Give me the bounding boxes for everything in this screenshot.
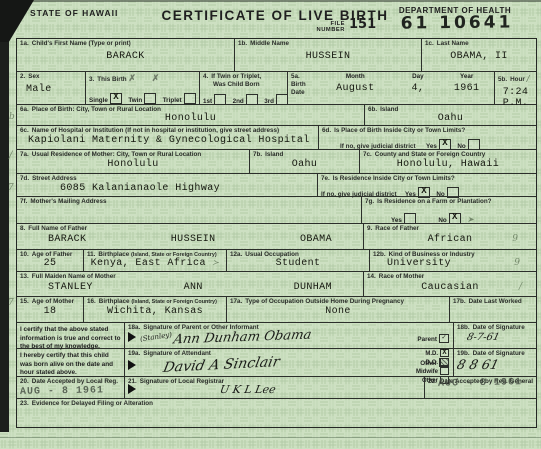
field-label: Race of Father [375,225,419,232]
county-state-value: Honolulu, Hawaii [363,159,533,170]
field-first-name: 1a.Child's First Name (Type or print) BA… [17,39,234,71]
row-evidence: 23.Evidence for Delayed Filing or Altera… [17,399,536,427]
pencil-check-mark: ➤ [467,215,474,224]
signature-arrow-icon [128,384,136,394]
field-label: Date Last Worked [469,298,522,305]
field-number: 1b. [238,40,247,47]
field-hospital: 6c.Name of Hospital or Institution (If n… [17,126,318,149]
row-registrar: 20.Date Accepted by Local Reg. AUG - 8 1… [17,377,536,399]
field-number: 12a. [230,251,242,258]
row-mother-details: 15.Age of Mother 18 16.Birthplace (Islan… [17,297,536,323]
field-number: 18a. [128,324,140,331]
field-number: 23. [20,400,29,407]
pencil-x-mark: ✗ [152,73,160,83]
field-label: Signature of Local Registrar [140,378,224,385]
field-number: 7d. [20,175,29,182]
mother-age-value: 18 [20,306,80,317]
row-hospital: 6c.Name of Hospital or Institution (If n… [17,126,536,150]
father-last-name: OBAMA [300,234,332,245]
pencil-mark: ≻ [212,258,219,267]
field-label: Is Place of Birth Inside City or Town Li… [334,127,465,134]
field-number: 18b. [457,324,470,331]
father-occupation-value: Student [230,258,366,269]
signature-prefix: (Stanley) [140,331,173,343]
row-street-address: 7d.Street Address 6085 Kalanianaole High… [17,174,536,197]
field-residence-city: 7a.Usual Residence of Mother: City, Town… [17,150,249,173]
field-father-race: 9.Race of Father African 9 [363,224,536,249]
day-header: Day [394,73,443,80]
field-label: Middle Name [250,40,289,47]
field-number: 7e. [321,175,330,182]
no-label: No [457,143,465,150]
do-checkbox[interactable] [440,358,449,366]
field-label: Signature of Attendant [143,350,211,357]
row-father-details: 10.Age of Father 25 11.Birthplace (Islan… [17,250,536,272]
field-number: 7g. [365,198,374,205]
field-father-occupation: 12a.Usual Occupation Student [226,250,369,271]
field-registrar-signature: 21.Signature of Local Registrar U K L Le… [124,377,424,398]
row-child-name: 1a.Child's First Name (Type or print) BA… [17,39,536,72]
pencil-x-mark: ✗ [128,73,136,83]
single-checkbox[interactable]: X [110,93,122,104]
field-label: Date Accepted by Local Reg. [32,378,118,385]
birth-certificate-page: b / 7 7 STATE OF HAWAII CERTIFICATE OF L… [0,0,541,449]
field-label: Is Residence on a Farm or Plantation? [377,198,491,205]
registrar-signature[interactable]: U K L Lee [219,383,277,396]
yes-checkbox[interactable]: X [439,139,451,150]
field-number: 8. [20,225,25,232]
row-mother-residence: 7a.Usual Residence of Mother: City, Town… [17,150,536,174]
no-checkbox[interactable] [468,139,480,150]
field-middle-name: 1b.Middle Name HUSSEIN [234,39,421,71]
field-number: 7c. [363,151,372,158]
field-label: Date of Signature [473,324,525,331]
certification-statement-1: I certify that the above stated informat… [17,323,124,348]
checkbox-mark: ✓ [440,333,448,344]
birth-day-value: 4, [394,83,443,94]
field-label: Full Maiden Name of Mother [32,273,116,280]
field-mailing-address: 7f.Mother's Mailing Address [17,197,361,223]
residence-island-value: Oahu [253,159,356,170]
photostat-bottom-edge [0,437,541,438]
row-place-of-birth: 6a.Place of Birth: City, Town or Rural L… [17,105,536,126]
field-father-age: 10.Age of Father 25 [17,250,83,271]
margin-mark: 7 [8,298,14,308]
mother-birthplace-value: Wichita, Kansas [87,306,223,317]
field-label: If Twin or Triplet, [211,73,261,80]
md-label: M.D. [425,351,438,357]
state-of-hawaii-label: STATE OF HAWAII [30,8,118,18]
certification-text: I certify that the above stated informat… [20,324,121,352]
birth-month-value: August [317,83,394,94]
sex-value: Male [20,84,82,95]
field-number: 6d. [322,127,331,134]
row-mailing-address: 7f.Mother's Mailing Address 7g.Is Reside… [17,197,536,224]
field-number: 5b. [498,76,507,83]
field-attendant-signature-date: 19b.Date of Signature 8 8 61 [453,349,536,376]
field-number: 15. [20,298,29,305]
photostat-left-edge [0,0,9,432]
triplet-checkbox[interactable] [184,93,196,104]
triplet-label: Triplet [163,97,182,104]
field-label: This Birth [97,76,126,83]
field-place-of-birth: 6a.Place of Birth: City, Town or Rural L… [17,105,364,125]
field-number: 5a. [291,73,300,80]
field-number: 19a. [128,350,140,357]
field-number: 14. [367,273,376,280]
field-number: 7a. [20,151,29,158]
field-number: 17b. [453,298,466,305]
birth-year-value: 1961 [442,83,491,94]
field-label: Full Name of Father [28,225,87,232]
field-number: 7b. [253,151,262,158]
field-this-birth: 3.This Birth ✗ ✗ SingleX Twin Triplet [85,72,199,104]
field-number: 17a. [230,298,242,305]
field-number: 9. [367,225,372,232]
field-label: Usual Residence of Mother: City, Town or… [32,151,201,158]
margin-mark: / [9,150,12,161]
midwife-checkbox[interactable] [440,367,449,375]
field-label: Date of Signature [473,350,525,357]
yes-label: Yes [391,217,402,224]
field-date-last-worked: 17b.Date Last Worked [449,297,536,322]
hospital-value: Kapiolani Maternity & Gynecological Hosp… [20,135,315,146]
field-sublabel: If no, give judicial district [322,143,416,150]
field-number: 13. [20,273,29,280]
field-label: Age of Father [32,251,73,258]
field-label: Age of Mother [32,298,74,305]
checkbox-mark: X [450,212,460,222]
single-label: Single [89,97,108,104]
second-checkbox[interactable] [246,94,258,105]
field-label: Mother's Mailing Address [30,198,106,205]
field-label: Name of Hospital or Institution (If not … [32,127,279,134]
pencil-mark: / [527,73,530,83]
field-parent-signature: 18a.Signature of Parent or Other Informa… [124,323,453,348]
field-last-name: 1c.Last Name OBAMA, II [421,39,536,71]
photostat-top-edge [0,0,541,2]
field-mother-age: 15.Age of Mother 18 [17,297,83,322]
father-race-value: African [367,234,533,245]
signature-arrow-icon [128,332,136,342]
field-number: 6b. [368,106,377,113]
checkbox-mark: X [440,138,450,148]
father-industry-value: University [373,258,533,269]
mother-race-value: Caucasian [367,282,533,293]
field-label: Birthplace [99,298,130,305]
parent-label: Parent [417,336,437,343]
year-header: Year [442,73,491,80]
field-label: Hour [510,76,525,83]
field-county-state: 7c.County and State or Foreign Country H… [359,150,536,173]
field-number: 16. [87,298,96,305]
father-first-name: BARACK [48,234,86,245]
field-number: 10. [20,251,29,258]
first-label: 1st [203,98,212,105]
checkbox-mark: X [441,349,448,357]
field-paren: (Island, State or Foreign Country) [131,299,217,305]
field-mother-race: 14.Race of Mother Caucasian / [363,272,536,296]
field-number: 1a. [20,40,29,47]
father-birthplace-value: Kenya, East Africa ≻ [87,258,223,269]
field-birth-date: 5a.BirthDate Month Day Year August 4, 19… [287,72,494,104]
margin-mark: b [9,112,15,122]
mother-first-name: STANLEY [48,282,93,293]
row-birth-details: 2.Sex Male 3.This Birth ✗ ✗ SingleX Twin… [17,72,536,105]
field-residence-island: 7b.Island Oahu [249,150,359,173]
field-label: Place of Birth: City, Town or Rural Loca… [32,106,161,113]
field-father-birthplace: 11.Birthplace (Island, State or Foreign … [83,250,226,271]
pencil-mark: 9 [514,258,520,268]
checkbox-mark: X [419,186,429,196]
field-label: Island [265,151,283,158]
certification-text: I hereby certify that this child was bor… [20,350,121,378]
mother-middle-name: ANN [184,282,203,293]
field-number: 6a. [20,106,29,113]
field-date-accepted-general: 22.Date Accepted by Reg. General AUG - 8… [424,377,536,398]
do-label: D.O. [426,360,438,366]
field-label: Street Address [32,175,77,182]
parent-checkbox[interactable]: ✓ [439,334,449,343]
first-checkbox[interactable] [214,94,226,105]
pencil-mark: 9 [512,234,518,244]
field-number: 7f. [20,198,27,205]
checkbox-mark: X [111,92,121,102]
yes-label: Yes [426,143,437,150]
midwife-label: Midwife [416,369,438,375]
field-label: Race of Mother [379,273,424,280]
first-name-value: BARACK [20,51,231,62]
field-mother-maiden-name: 13.Full Maiden Name of Mother STANLEY AN… [17,272,363,296]
field-number: 19b. [457,350,470,357]
file-number-value: 151 [349,17,376,32]
field-label: Was Child Born [213,81,260,88]
field-label: Type of Occupation Outside Home During P… [245,298,404,305]
field-farm-plantation: 7g.Is Residence on a Farm or Plantation?… [361,197,536,223]
row-mother-name: 13.Full Maiden Name of Mother STANLEY AN… [17,272,536,297]
md-checkbox[interactable]: X [440,349,449,357]
attendant-signature-date-value: 8 8 61 [455,358,535,373]
field-father-name: 8.Full Name of Father BARACK HUSSEIN OBA… [17,224,363,249]
middle-name-value: HUSSEIN [238,51,418,62]
field-father-industry: 12b.Kind of Business or Industry Univers… [369,250,536,271]
field-label: Child's First Name (Type or print) [32,40,131,47]
row-father-name: 8.Full Name of Father BARACK HUSSEIN OBA… [17,224,536,250]
residence-city-value: Honolulu [20,159,246,170]
field-number: 6c. [20,127,29,134]
birth-island-value: Oahu [368,113,533,124]
row-attendant-signature: I hereby certify that this child was bor… [17,349,536,377]
mother-occupation-value: None [230,306,446,317]
field-label: County and State or Foreign Country [375,151,486,158]
field-residence-city-limits: 7e.Is Residence Inside City or Town Limi… [317,174,536,196]
no-checkbox[interactable]: X [449,213,461,224]
field-label: Kind of Business or Industry [389,251,475,258]
pencil-mark: / [519,282,522,292]
field-number: 12b. [373,251,386,258]
field-sex: 2.Sex Male [17,72,85,104]
field-street-address: 7d.Street Address 6085 Kalanianaole High… [17,174,317,196]
field-birth-island: 6b.Island Oahu [364,105,536,125]
field-evidence-delayed-filing: 23.Evidence for Delayed Filing or Altera… [17,399,536,427]
third-label: 3rd [264,98,274,105]
certificate-form: 1a.Child's First Name (Type or print) BA… [16,38,537,428]
parent-signature-date-value: 8-7-61 [456,332,535,343]
twin-checkbox[interactable] [144,93,156,104]
margin-mark: 7 [8,183,14,193]
field-date-accepted-local: 20.Date Accepted by Local Reg. AUG - 8 1… [17,377,124,398]
field-label: Is Residence Inside City or Town Limits? [333,175,455,182]
field-label: Usual Occupation [245,251,299,258]
field-number: 2. [20,73,25,80]
street-address-value: 6085 Kalanianaole Highway [20,183,314,194]
field-label: Birth [291,81,306,88]
field-mother-occupation: 17a.Type of Occupation Outside Home Duri… [226,297,449,322]
month-header: Month [317,73,394,80]
field-parent-signature-date: 18b.Date of Signature 8-7-61 [453,323,536,348]
yes-checkbox[interactable] [404,213,416,224]
local-reg-date-stamp: AUG - 8 1961 [20,385,121,398]
field-hour: 5b.Hour / 7:24 P.M. [494,72,536,104]
certification-statement-2: I hereby certify that this child was bor… [17,349,124,376]
field-number: 3. [89,76,94,83]
field-label: Date [291,89,305,96]
certificate-number-stamp: 61 10641 [392,12,522,33]
place-of-birth-value: Honolulu [20,113,361,124]
field-label: Sex [28,73,39,80]
field-number: 4. [203,73,208,80]
field-label: Last Name [437,40,469,47]
no-label: No [438,217,446,224]
last-name-value: OBAMA, II [425,51,533,62]
field-birth-city-limits: 6d.Is Place of Birth Inside City or Town… [318,126,536,149]
reg-general-date-stamp: AUG - 8 1961 [428,377,533,390]
field-attendant-signature: 19a.Signature of Attendant David A Sincl… [124,349,453,376]
twin-label: Twin [128,97,142,104]
mother-maiden-surname: DUNHAM [294,282,332,293]
field-label: Evidence for Delayed Filing or Alteratio… [32,400,153,407]
field-number: 1c. [425,40,434,47]
field-label: Island [380,106,398,113]
father-middle-name: HUSSEIN [171,234,216,245]
field-mother-birthplace: 16.Birthplace (Island, State or Foreign … [83,297,226,322]
second-label: 2nd [233,98,244,105]
file-number-label: FILE NUMBER [303,21,345,34]
field-number: 20. [20,378,29,385]
father-age-value: 25 [20,258,80,269]
row-parent-signature: I certify that the above stated informat… [17,323,536,349]
field-twin-order: 4.If Twin or Triplet, Was Child Born 1st… [199,72,287,104]
signature-arrow-icon [128,360,136,370]
